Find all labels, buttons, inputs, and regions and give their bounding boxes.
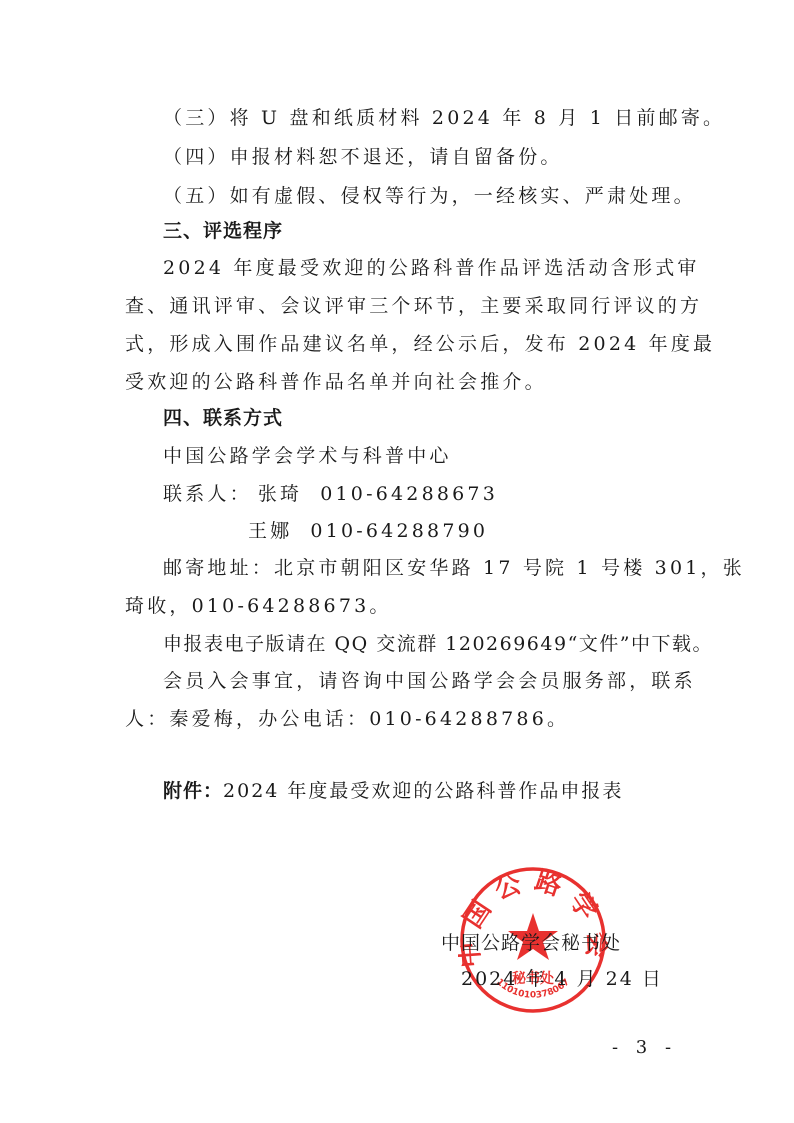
document-page: （三）将 U 盘和纸质材料 2024 年 8 月 1 日前邮寄。 （四）申报材料… [0,0,794,1123]
contact-row: 王娜010-64288790 [248,519,794,543]
paragraph-line: 受欢迎的公路科普作品名单并向社会推介。 [125,370,685,394]
contact-name: 王娜 [248,520,292,542]
contact-row: 联系人：张琦010-64288673 [163,482,723,506]
membership-line: 会员入会事宜，请咨询中国公路学会会员服务部，联系 [163,669,723,693]
membership-line: 人：秦爱梅，办公电话：010-64288786。 [125,707,685,731]
item-5: （五）如有虚假、侵权等行为，一经核实、严肃处理。 [163,184,723,208]
signature-date: 2024 年 4 月 24 日 [461,967,663,991]
item-4: （四）申报材料恕不退还，请自留备份。 [163,145,723,169]
paragraph-line: 式，形成入围作品建议名单，经公示后，发布 2024 年度最 [125,332,685,356]
attachment: 附件：2024 年度最受欢迎的公路科普作品申报表 [163,779,723,803]
attachment-text: 2024 年度最受欢迎的公路科普作品申报表 [223,780,623,802]
section-3-heading: 三、评选程序 [163,219,723,243]
page-number: - 3 - [612,1037,677,1058]
contact-phone: 010-64288790 [310,520,488,542]
contact-name: 张琦 [258,483,302,505]
download-note: 申报表电子版请在 QQ 交流群 120269649“文件”中下载。 [163,632,723,656]
address-line: 邮寄地址：北京市朝阳区安华路 17 号院 1 号楼 301，张 [163,556,723,580]
paragraph-line: 2024 年度最受欢迎的公路科普作品评选活动含形式审 [163,256,723,280]
org-name: 中国公路学会学术与科普中心 [163,444,723,468]
contact-phone: 010-64288673 [320,483,498,505]
contact-label: 联系人： [163,483,252,505]
paragraph-line: 查、通讯评审、会议评审三个环节，主要采取同行评议的方 [125,294,685,318]
signature-org: 中国公路学会秘书处 [441,931,621,955]
address-line: 琦收，010-64288673。 [125,594,685,618]
attachment-label: 附件： [163,780,223,802]
section-4-heading: 四、联系方式 [163,406,723,430]
item-3: （三）将 U 盘和纸质材料 2024 年 8 月 1 日前邮寄。 [163,106,723,130]
